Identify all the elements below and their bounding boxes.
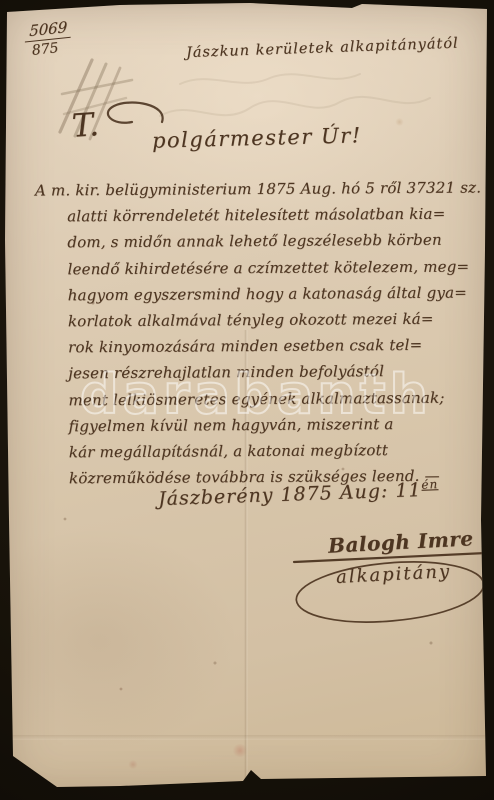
dateline-suffix: én (421, 477, 438, 492)
document-paper: 5069 875 Jászkun kerületek alkapitányátó… (0, 0, 494, 800)
salutation-text: polgármester Úr! (152, 123, 362, 152)
stain-spot (395, 118, 404, 126)
salutation-initial: T. (71, 105, 100, 145)
body-line: alatti körrendeletét hitelesített másola… (35, 201, 473, 230)
body-line: dom, s midőn annak lehető legszélesebb k… (35, 227, 473, 256)
body-line: rok kinyomozására minden esetben csak te… (36, 332, 474, 361)
flourish-swash (96, 96, 168, 130)
body-line: jesen részrehajlatlan minden befolyástól (36, 358, 474, 387)
signature-block: Balogh Imre alkapitány (288, 528, 490, 632)
letter-body: A m. kir. belügyministerium 1875 Aug. hó… (35, 174, 475, 491)
body-line: ment lelkiösmeretes egyének alkalmaztass… (36, 384, 474, 413)
body-line: korlatok alkalmával tényleg okozott meze… (36, 305, 474, 334)
body-line: hagyom egyszersmind hogy a katonaság ált… (36, 279, 474, 308)
body-line: figyelmen kívül nem hagyván, miszerint a (37, 410, 475, 439)
body-line: kár megállapításnál, a katonai megbízott (37, 436, 475, 465)
fold-crease-horizontal (0, 735, 494, 740)
paper-specks (0, 0, 2, 2)
body-line: leendő kihirdetésére a czímzettet kötele… (35, 253, 473, 282)
photo-frame: 5069 875 Jászkun kerületek alkapitányátó… (0, 0, 494, 800)
stain-spot (128, 760, 138, 769)
body-line: A m. kir. belügyministerium 1875 Aug. hó… (35, 174, 473, 203)
